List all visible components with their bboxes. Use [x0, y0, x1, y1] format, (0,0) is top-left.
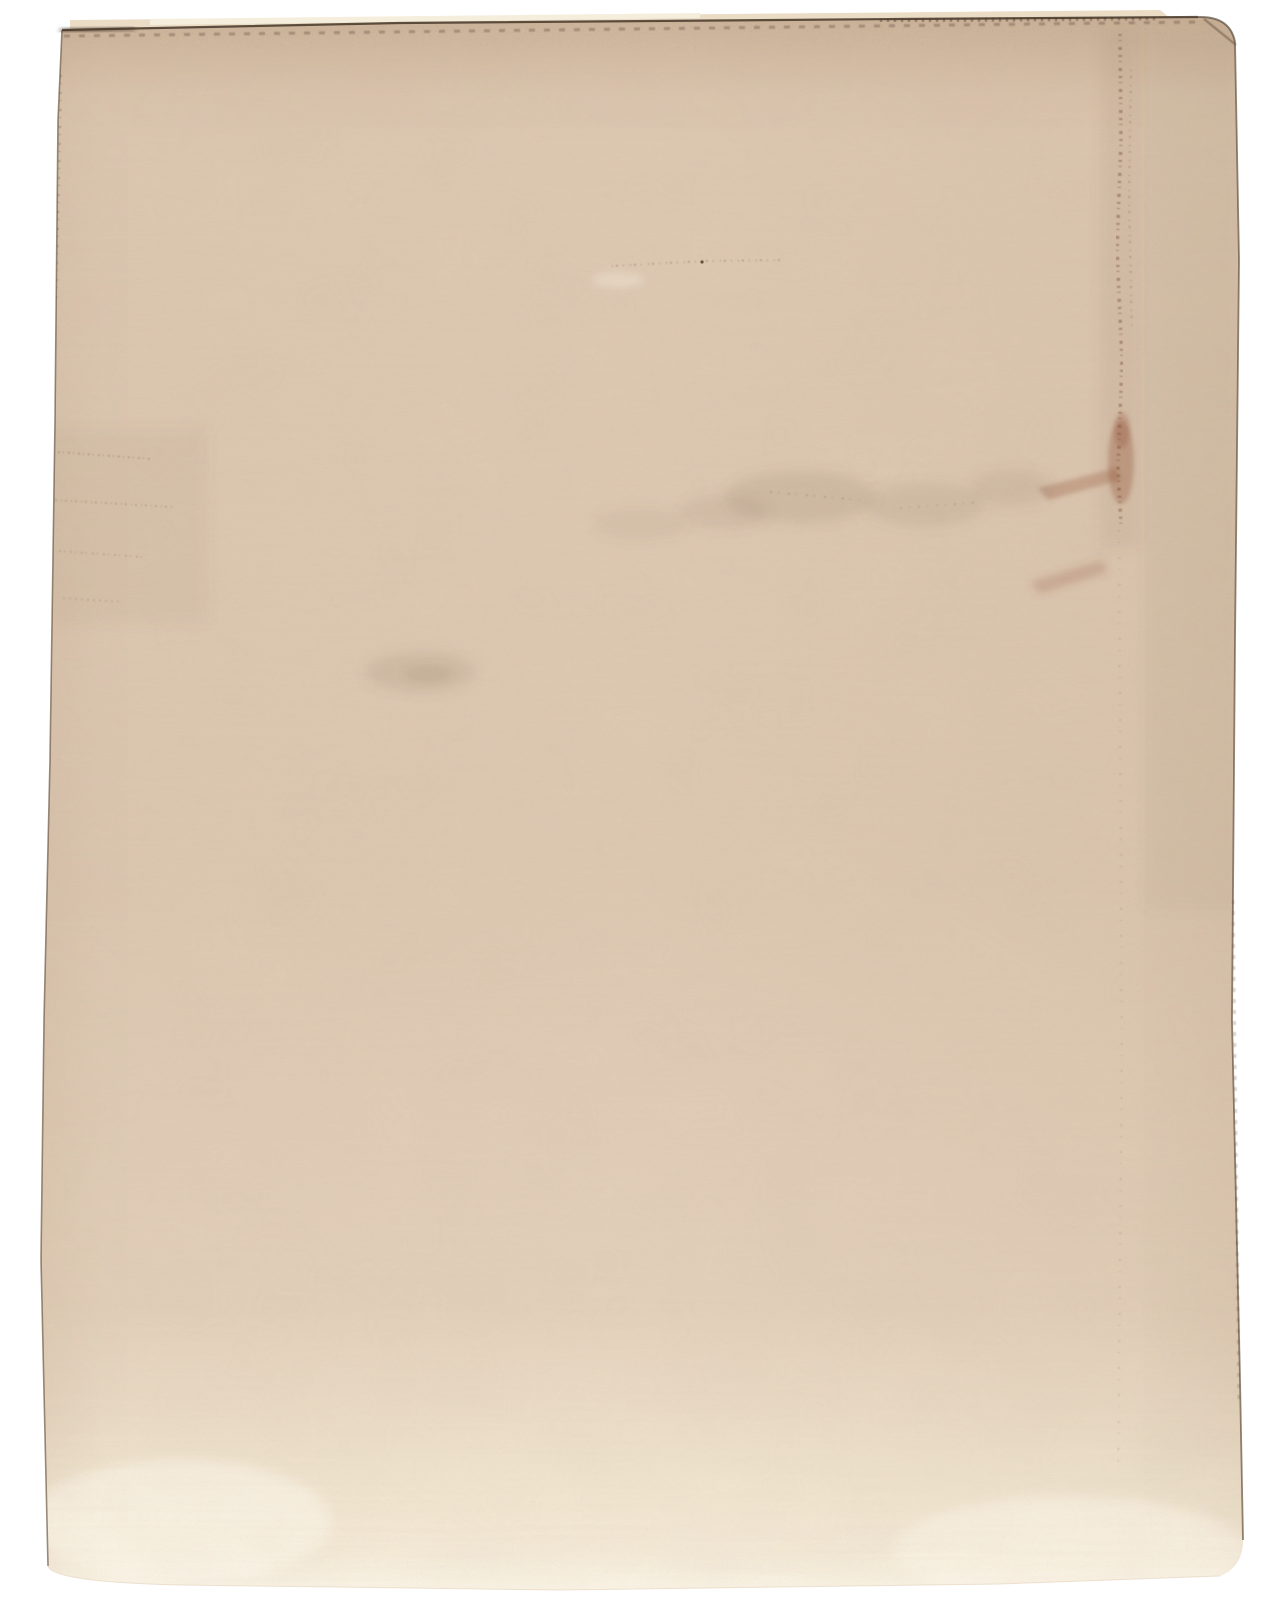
dark-fleck-dot [700, 260, 703, 263]
ghost-smudge-3 [970, 470, 1054, 506]
light-smudge [592, 272, 644, 288]
paper-surface-details [30, 10, 1260, 1600]
light-grain-specks [30, 10, 1250, 1600]
center-smudge-core [404, 665, 452, 683]
red-stain-vertical [1108, 420, 1134, 504]
scanned-page-graphic [0, 0, 1263, 1600]
right-column-shading [1145, 30, 1237, 910]
top-left-edge-wear [60, 28, 135, 31]
scan-canvas [0, 0, 1263, 1600]
ghost-smudge-2 [865, 483, 985, 527]
ghost-smudge-4 [680, 495, 770, 529]
ghost-smudge-5 [592, 508, 688, 540]
